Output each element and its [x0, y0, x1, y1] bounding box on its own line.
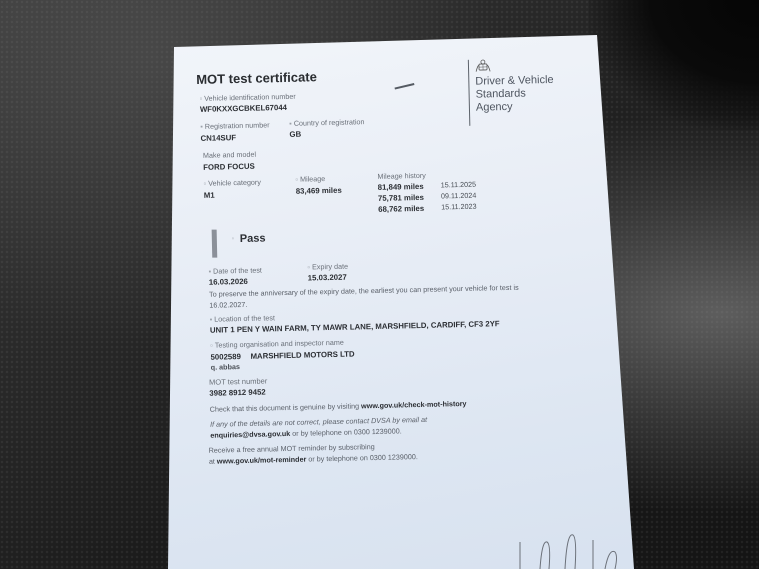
- bullet-icon: ▫: [203, 179, 206, 188]
- dvsa-logo: Driver & Vehicle Standards Agency: [468, 58, 555, 126]
- vehicle-category-label: ▫Vehicle category: [203, 178, 261, 188]
- bullet-icon: ▪: [208, 267, 211, 276]
- anniversary-note-line1: To preserve the anniversary of the expir…: [209, 283, 519, 299]
- tester-org-number: 5002589: [210, 352, 241, 362]
- tester-org-name: MARSHFIELD MOTORS LTD: [250, 349, 354, 360]
- vin-label-text: Vehicle identification number: [204, 92, 296, 103]
- dvsa-email-link[interactable]: enquiries@dvsa.gov.uk: [210, 429, 290, 440]
- mileage-history-date-1: 15.11.2025: [441, 180, 477, 190]
- reminder-suffix: or by telephone on 0300 1239000.: [306, 452, 418, 464]
- registration-value: CN14SUF: [200, 133, 236, 143]
- bullet-icon: ▫: [295, 175, 298, 184]
- mileage-history-miles-1: 81,849 miles: [378, 182, 424, 192]
- country-value: GB: [289, 130, 301, 139]
- mileage-label: ▫Mileage: [295, 174, 325, 184]
- royal-crest-icon: [475, 59, 491, 72]
- vehicle-category-value: M1: [204, 191, 215, 200]
- bullet-icon: ▫: [307, 262, 310, 271]
- handwritten-signature: [515, 530, 625, 569]
- seat-shadow: [589, 0, 759, 130]
- pen-mark: [395, 83, 415, 89]
- mileage-history-miles-2: 75,781 miles: [378, 193, 424, 203]
- bullet-icon: ▪: [210, 315, 213, 324]
- mileage-history-label: Mileage history: [377, 171, 426, 181]
- vin-label: ▫Vehicle identification number: [200, 92, 296, 103]
- bullet-icon: ▫: [232, 236, 234, 242]
- agency-name: Driver & Vehicle Standards Agency: [475, 74, 554, 115]
- reminder-prefix: at: [209, 457, 217, 466]
- bullet-icon: ▪: [289, 119, 292, 128]
- expiry-date-value: 15.03.2027: [308, 273, 347, 283]
- make-model-label: Make and model: [203, 150, 256, 160]
- vin-value: WF0KXXGCBKEL67044: [200, 103, 287, 114]
- certificate-title: MOT test certificate: [196, 69, 317, 87]
- check-prefix: Check that this document is genuine by v…: [210, 401, 362, 413]
- check-genuine-text: Check that this document is genuine by v…: [210, 399, 467, 414]
- check-mot-history-link[interactable]: www.gov.uk/check-mot-history: [361, 399, 467, 410]
- date-of-test-label-text: Date of the test: [213, 266, 262, 276]
- expiry-date-label: ▫Expiry date: [307, 262, 348, 272]
- country-label-text: Country of registration: [294, 117, 365, 128]
- date-of-test-label: ▪Date of the test: [208, 266, 262, 276]
- mileage-value: 83,469 miles: [296, 186, 342, 196]
- registration-label-text: Registration number: [205, 120, 270, 130]
- test-result-status: Pass: [240, 232, 266, 245]
- tester-label-text: Testing organisation and inspector name: [215, 338, 344, 350]
- test-number-value: 3982 8912 9452: [209, 388, 266, 398]
- result-indicator-bar: [212, 230, 218, 258]
- mot-reminder-link[interactable]: www.gov.uk/mot-reminder: [217, 455, 307, 466]
- mileage-history-miles-3: 68,762 miles: [378, 204, 424, 214]
- mileage-label-text: Mileage: [300, 174, 325, 184]
- registration-label: ▪Registration number: [200, 120, 269, 131]
- reminder-line2: at www.gov.uk/mot-reminder or by telepho…: [209, 452, 418, 466]
- bullet-icon: ▪: [200, 122, 203, 131]
- contact-line2: enquiries@dvsa.gov.uk or by telephone on…: [210, 426, 402, 439]
- anniversary-note-line2: 16.02.2027.: [209, 300, 247, 310]
- test-number-label: MOT test number: [209, 376, 267, 386]
- date-of-test-value: 16.03.2026: [209, 277, 248, 287]
- bullet-icon: ▫: [210, 341, 213, 350]
- country-label: ▪Country of registration: [289, 117, 364, 128]
- certificate-content: MOT test certificate Driver & Vehicle St…: [196, 61, 596, 70]
- bullet-icon: ▫: [200, 94, 203, 103]
- mileage-history-date-2: 09.11.2024: [441, 191, 477, 201]
- inspector-name: q. abbas: [211, 362, 240, 372]
- mileage-history-date-3: 15.11.2023: [441, 202, 477, 212]
- location-label: ▪Location of the test: [210, 313, 275, 323]
- expiry-date-label-text: Expiry date: [312, 262, 348, 272]
- vehicle-category-label-text: Vehicle category: [208, 178, 261, 188]
- make-model-value: FORD FOCUS: [203, 162, 255, 172]
- contact-suffix: or by telephone on 0300 1239000.: [290, 426, 402, 438]
- location-label-text: Location of the test: [214, 313, 275, 323]
- tester-label: ▫Testing organisation and inspector name: [210, 338, 344, 350]
